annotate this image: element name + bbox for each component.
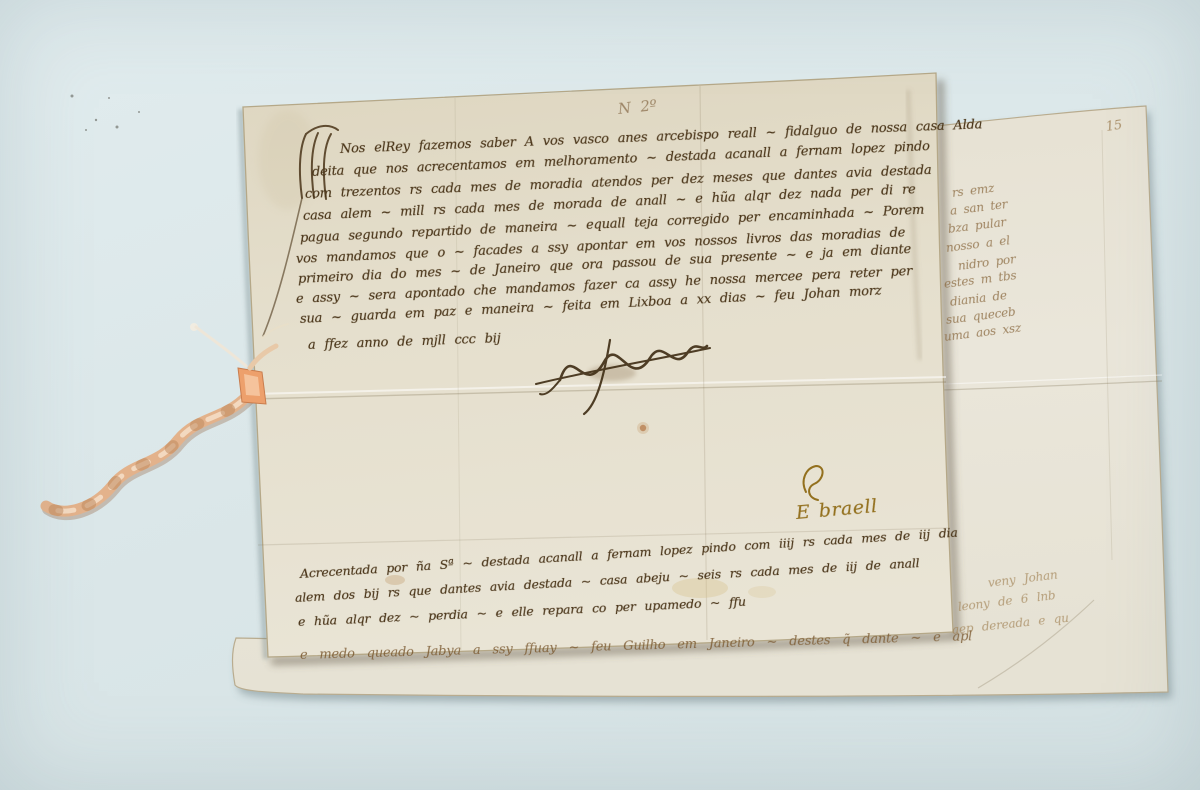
photo-scene: N 2º 15 Nos elRey fazemos saber A vos va… <box>0 0 1200 790</box>
background-specks <box>71 95 267 354</box>
folio-mark: 15 <box>1105 118 1123 135</box>
parchment-illustration <box>0 0 1200 790</box>
